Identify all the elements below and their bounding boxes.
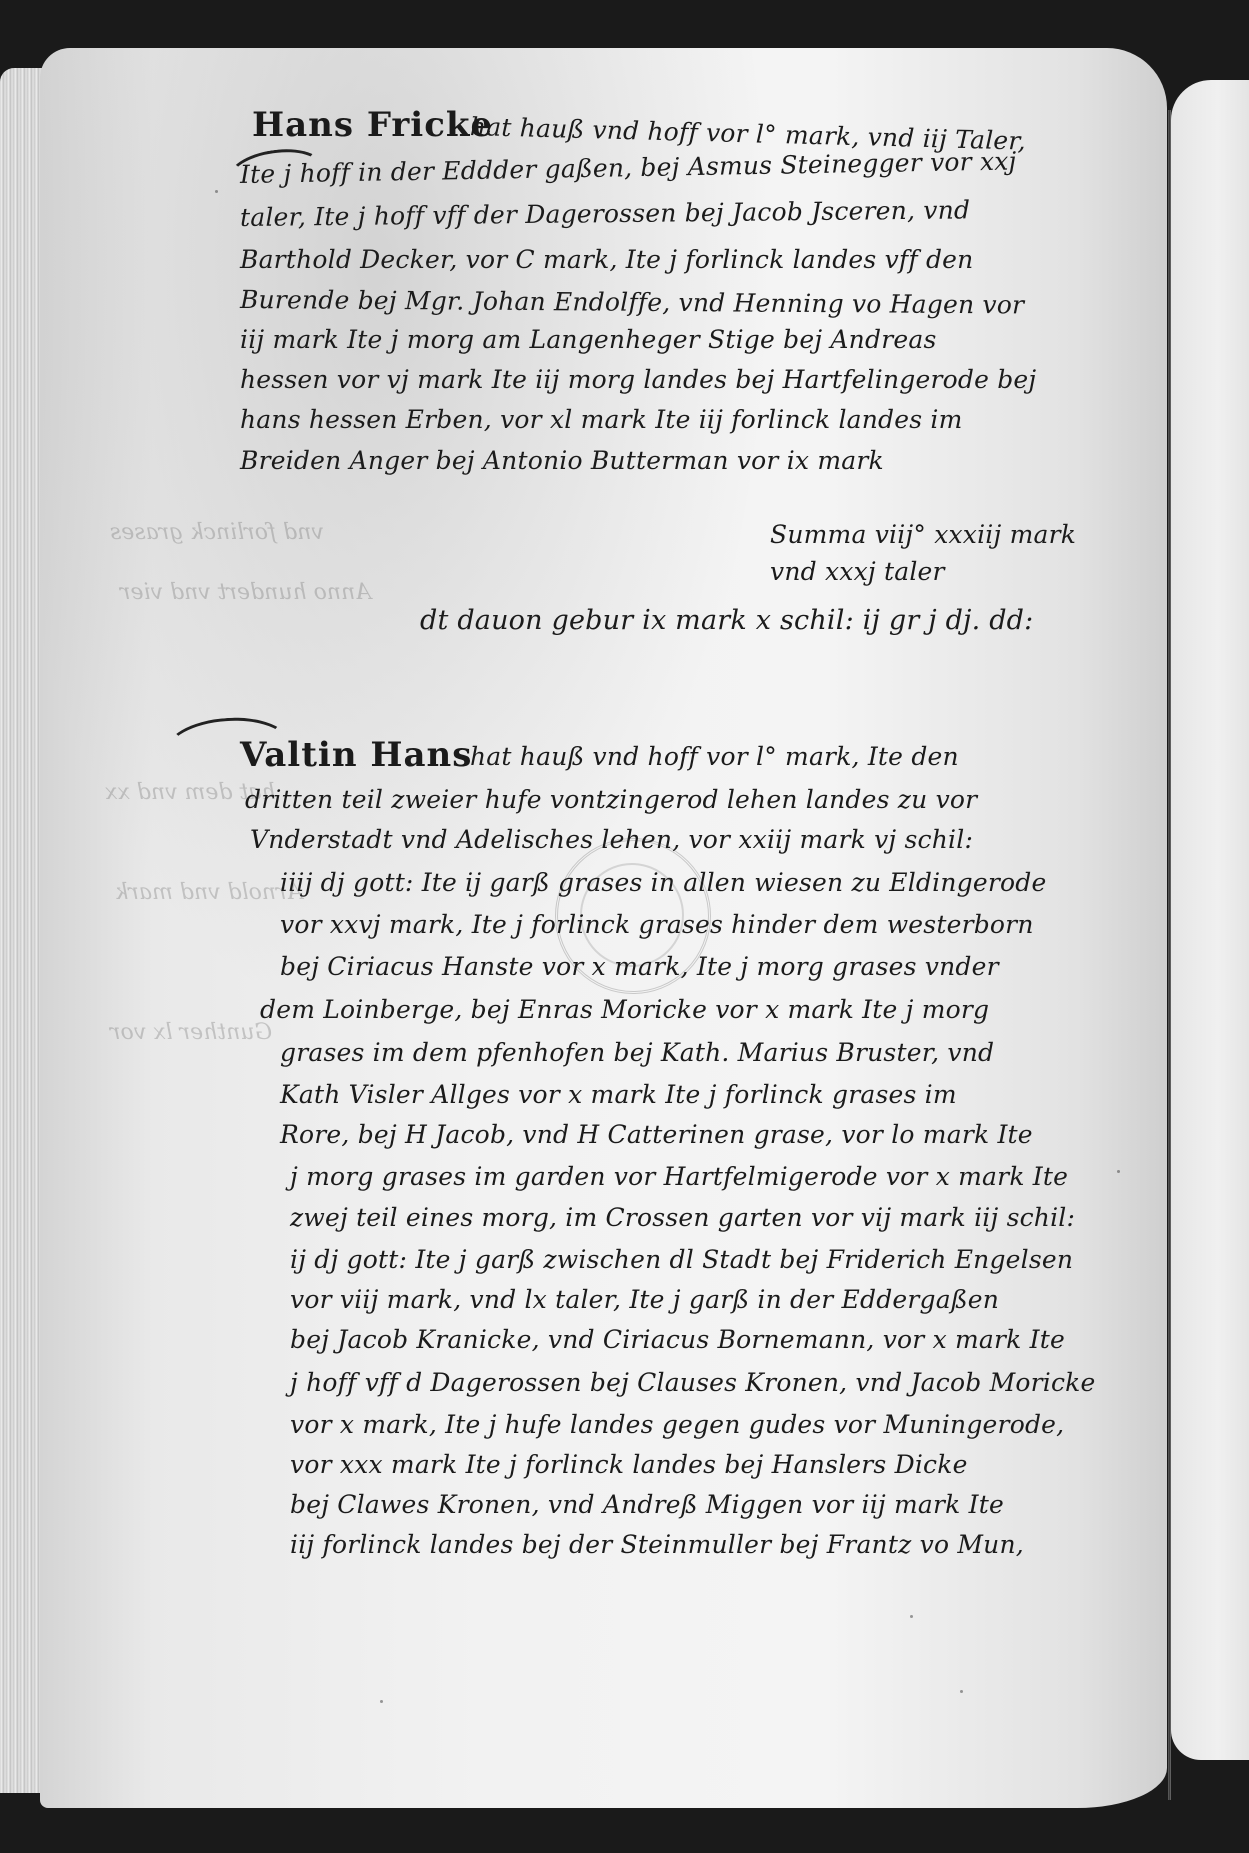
- entry-line: Breiden Anger bej Antonio Butterman vor …: [240, 446, 884, 475]
- entry-name: Hans Fricke: [252, 105, 493, 145]
- entry-line: zwej teil eines morg, im Crossen garten …: [290, 1203, 1075, 1232]
- entry-line: iij mark Ite j morg am Langenheger Stige…: [240, 325, 936, 354]
- entry-line: dem Loinberge, bej Enras Moricke vor x m…: [260, 995, 989, 1024]
- bleedthrough-text: Anno hundert vnd vier: [120, 580, 371, 605]
- entry-line: grases im dem pfenhofen bej Kath. Marius…: [280, 1038, 994, 1067]
- entry-line: vor x mark, Ite j hufe landes gegen gude…: [290, 1410, 1064, 1439]
- entry-line: j hoff vff d Dagerossen bej Clauses Kron…: [290, 1368, 1096, 1397]
- entry-line: Barthold Decker, vor C mark, Ite j forli…: [240, 245, 973, 274]
- entry-line: hat hauß vnd hoff vor l° mark, Ite den: [470, 742, 959, 771]
- bleedthrough-text: vnd forlinck grases: [110, 520, 324, 545]
- entry-line: hessen vor vj mark Ite iij morg landes b…: [240, 365, 1036, 394]
- paper-speck: [960, 1690, 963, 1693]
- entry-line: Burende bej Mgr. Johan Endolffe, vnd Hen…: [240, 285, 1024, 319]
- entry-line: iiij dj gott: Ite ij garß grases in alle…: [280, 868, 1046, 897]
- entry-line: vor viij mark, vnd lx taler, Ite j garß …: [290, 1285, 999, 1314]
- bleedthrough-text: Arnold vnd mark: [115, 880, 302, 905]
- book-gutter: [1168, 110, 1171, 1800]
- bleedthrough-text: Gunther lx vor: [110, 1020, 272, 1045]
- entry-line: hans hessen Erben, vor xl mark Ite iij f…: [240, 405, 963, 434]
- entry-sum: Summa viij° xxxiij mark: [770, 520, 1076, 549]
- entry-line: Vnderstadt vnd Adelisches lehen, vor xxi…: [250, 825, 973, 854]
- paper-speck: [1117, 1170, 1120, 1173]
- entry-line: dritten teil zweier hufe vontzingerod le…: [245, 785, 977, 814]
- facing-page-edge: [1171, 80, 1249, 1760]
- entry-line: vor xxx mark Ite j forlinck landes bej H…: [290, 1450, 968, 1479]
- entry-line: bej Ciriacus Hanste vor x mark, Ite j mo…: [280, 952, 999, 981]
- entry-line: vor xxvj mark, Ite j forlinck grases hin…: [280, 910, 1034, 939]
- entry-name: Valtin Hans: [240, 735, 472, 775]
- entry-line: ij dj gott: Ite j garß zwischen dl Stadt…: [290, 1245, 1073, 1274]
- entry-line: Kath Visler Allges vor x mark Ite j forl…: [280, 1080, 957, 1109]
- entry-tax-line: dt dauon gebur ix mark x schil: ij gr j …: [420, 605, 1033, 636]
- entry-line: j morg grases im garden vor Hartfelmiger…: [290, 1162, 1068, 1191]
- paper-speck: [215, 190, 218, 193]
- entry-line: bej Jacob Kranicke, vnd Ciriacus Bornema…: [290, 1325, 1065, 1354]
- entry-line: iij forlinck landes bej der Steinmuller …: [290, 1530, 1024, 1559]
- paper-speck: [380, 1700, 383, 1703]
- paper-speck: [910, 1615, 913, 1618]
- entry-line: bej Clawes Kronen, vnd Andreß Miggen vor…: [290, 1490, 1004, 1519]
- entry-line: Rore, bej H Jacob, vnd H Catterinen gras…: [280, 1120, 1033, 1149]
- entry-sum: vnd xxxj taler: [770, 557, 945, 586]
